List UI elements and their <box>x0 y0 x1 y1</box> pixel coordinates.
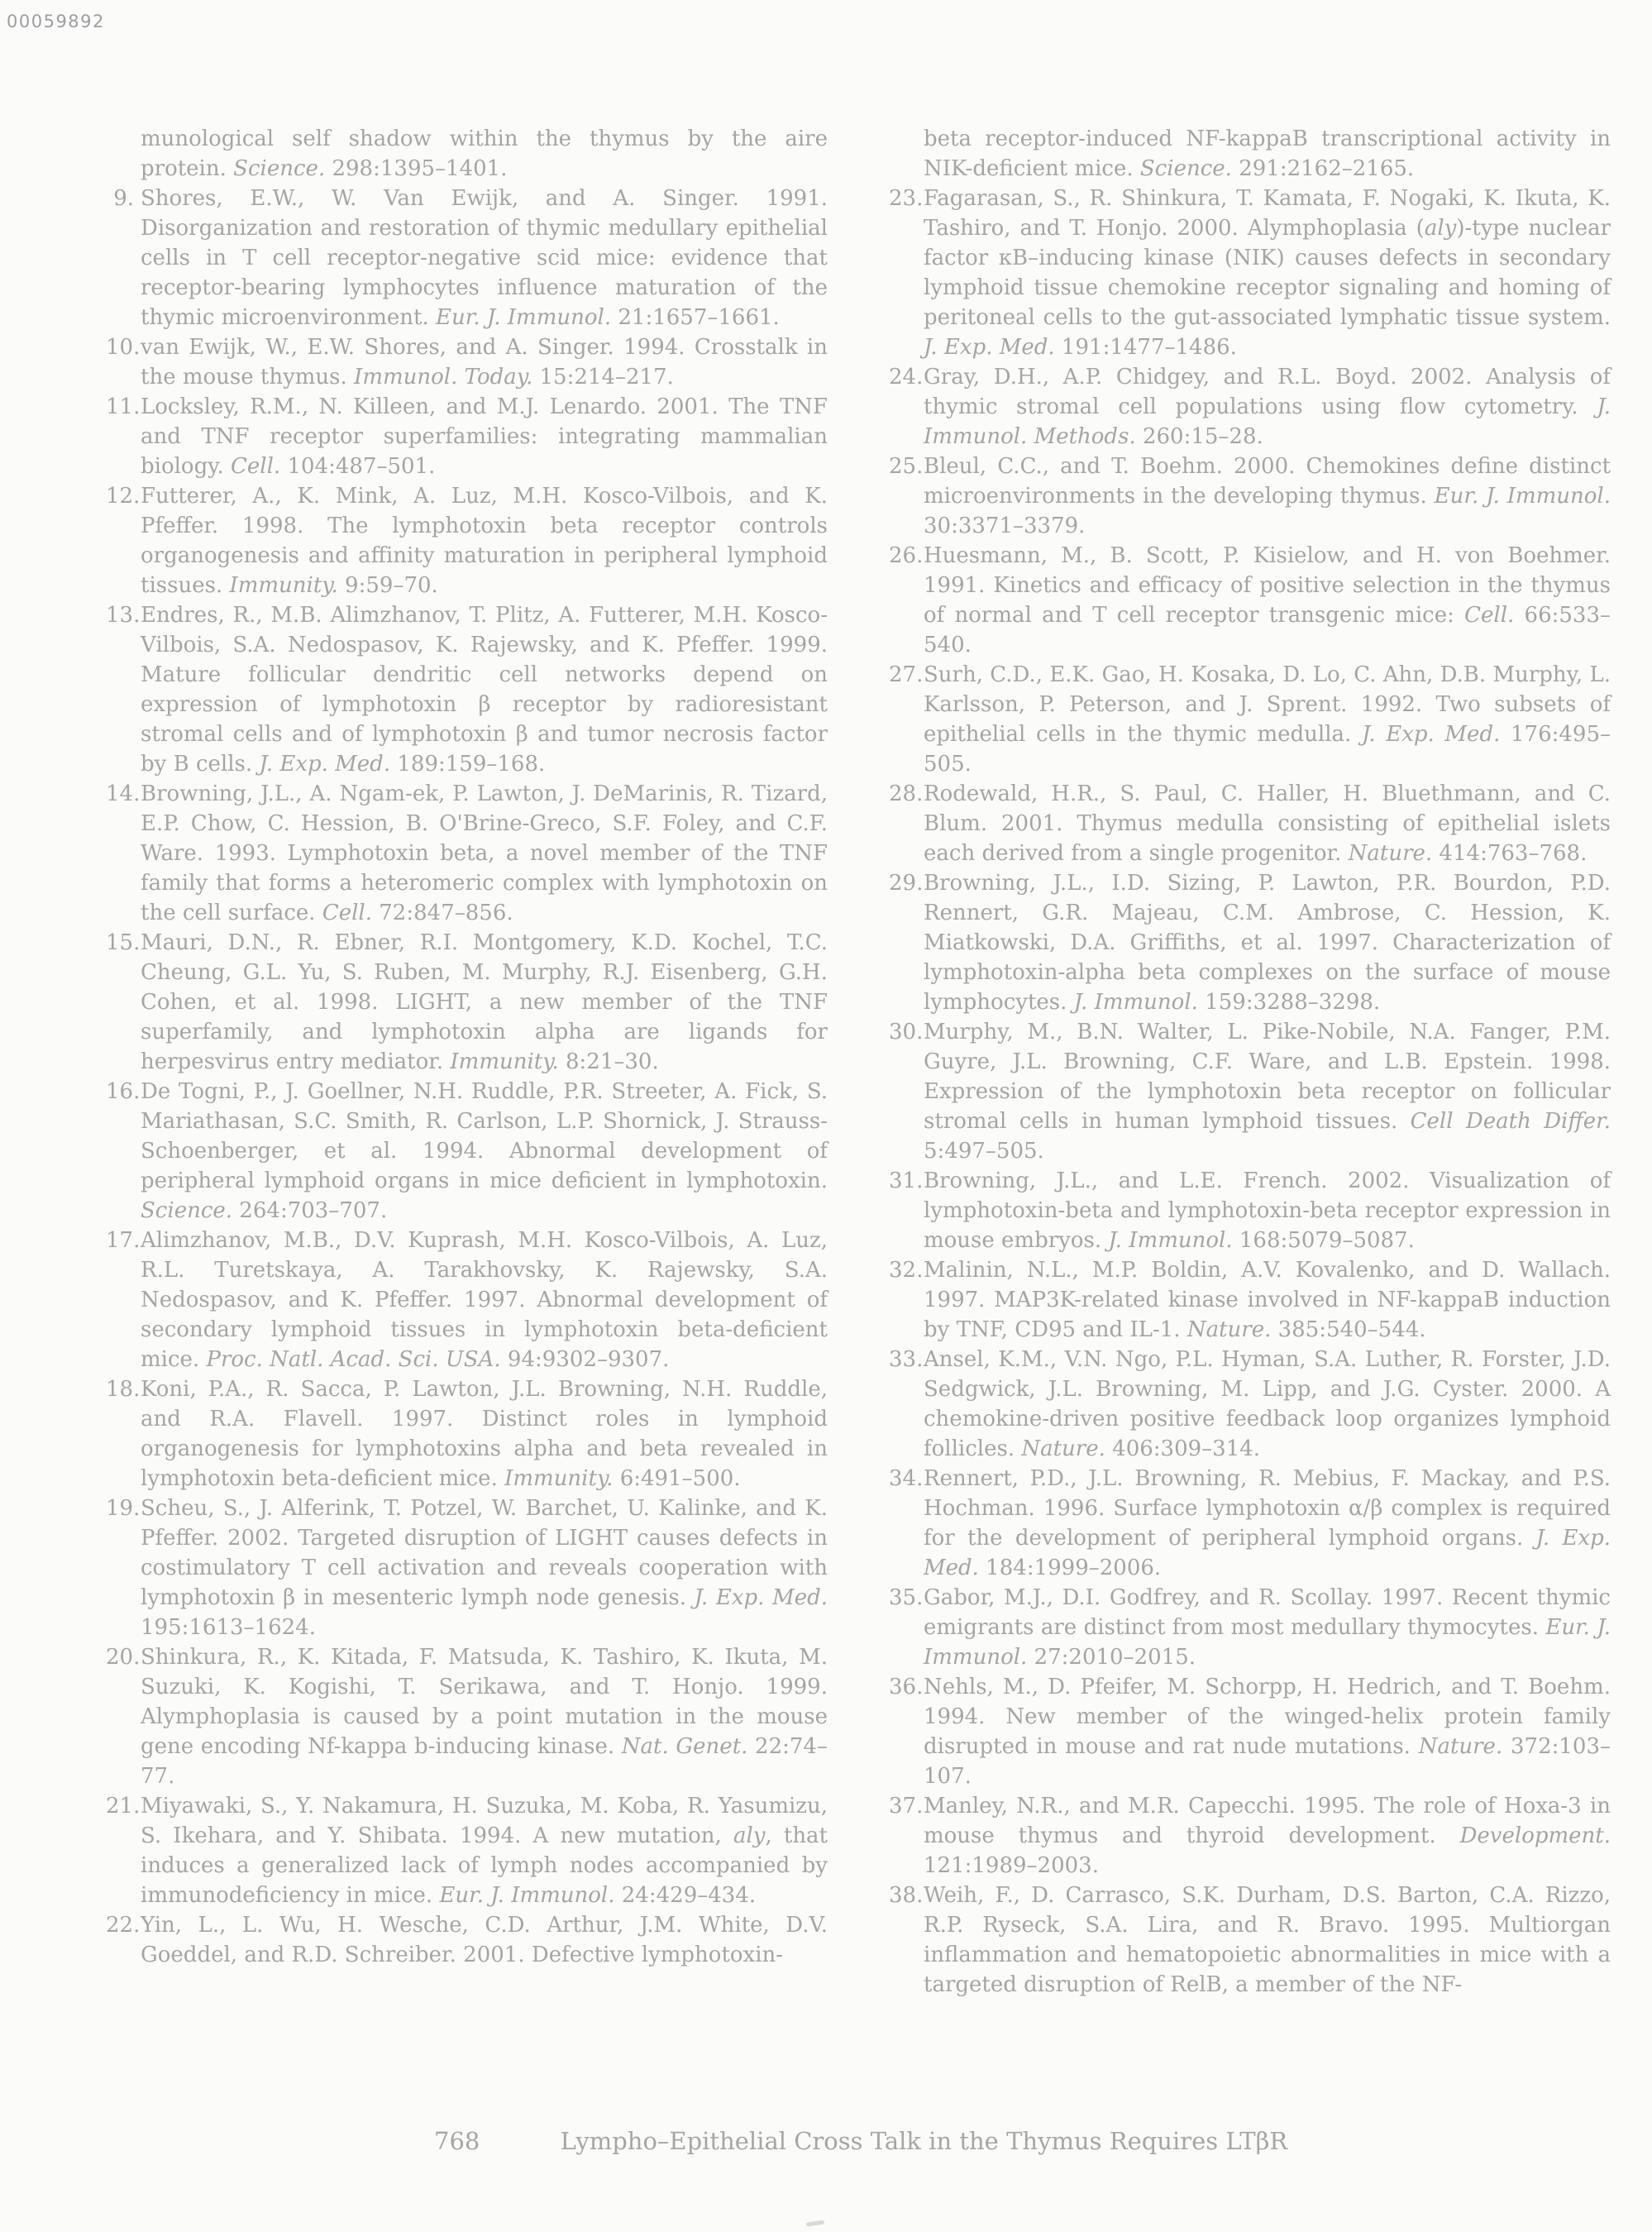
journal-name: Immunity. <box>504 1466 613 1491</box>
journal-name: Science. <box>1140 156 1232 181</box>
reference-text: 191:1477–1486. <box>1055 335 1237 360</box>
reference-number: 10. <box>106 332 134 362</box>
reference-number: 28. <box>889 779 917 809</box>
reference-text: 9:59–70. <box>338 573 438 598</box>
reference-number: 24. <box>889 362 917 392</box>
reference-entry: 20.Shinkura, R., K. Kitada, F. Matsuda, … <box>106 1642 828 1791</box>
reference-entry: 16.De Togni, P., J. Goellner, N.H. Ruddl… <box>106 1077 828 1226</box>
reference-text: 8:21–30. <box>559 1049 659 1074</box>
reference-number: 15. <box>106 928 134 958</box>
running-title: Lympho–Epithelial Cross Talk in the Thym… <box>561 2127 1288 2155</box>
reference-text: 15:214–217. <box>532 365 674 390</box>
reference-entry: 28.Rodewald, H.R., S. Paul, C. Haller, H… <box>889 779 1611 868</box>
journal-name: Cell. <box>1464 603 1514 628</box>
journal-name: aly <box>733 1823 766 1848</box>
reference-entry: 10.van Ewijk, W., E.W. Shores, and A. Si… <box>106 332 828 392</box>
reference-entry: 31.Browning, J.L., and L.E. French. 2002… <box>889 1166 1611 1255</box>
journal-name: Development. <box>1460 1823 1611 1848</box>
reference-number: 21. <box>106 1791 134 1821</box>
reference-text: Gray, D.H., A.P. Chidgey, and R.L. Boyd.… <box>924 365 1611 419</box>
reference-number: 31. <box>889 1166 917 1196</box>
reference-text: 264:703–707. <box>232 1198 387 1223</box>
reference-text: 406:309–314. <box>1105 1436 1260 1461</box>
journal-name: Eur. J. Immunol. <box>1435 484 1611 509</box>
reference-entry: 14.Browning, J.L., A. Ngam-ek, P. Lawton… <box>106 779 828 928</box>
reference-text: 21:1657–1661. <box>611 305 780 330</box>
reference-entry: 27.Surh, C.D., E.K. Gao, H. Kosaka, D. L… <box>889 660 1611 779</box>
reference-text: 72:847–856. <box>372 901 513 925</box>
reference-number: 37. <box>889 1791 917 1821</box>
reference-text: 385:540–544. <box>1271 1317 1425 1342</box>
reference-entry: 29.Browning, J.L., I.D. Sizing, P. Lawto… <box>889 868 1611 1017</box>
reference-number: 38. <box>889 1881 917 1910</box>
reference-number: 33. <box>889 1345 917 1374</box>
reference-number: 30. <box>889 1017 917 1047</box>
journal-name: Proc. Natl. Acad. Sci. USA. <box>206 1347 500 1372</box>
reference-number: 12. <box>106 481 134 511</box>
reference-text: 159:3288–3298. <box>1198 990 1380 1015</box>
reference-text: Weih, F., D. Carrasco, S.K. Durham, D.S.… <box>924 1883 1611 1997</box>
reference-number: 13. <box>106 600 134 630</box>
journal-name: aly <box>1425 216 1457 241</box>
reference-text: 24:429–434. <box>615 1883 757 1908</box>
references-list: munological self shadow within the thymu… <box>106 124 1611 2000</box>
references-column-right: beta receptor-induced NF-kappaB transcri… <box>889 124 1611 2000</box>
journal-page: 00059892 munological self shadow within … <box>0 0 1652 2232</box>
journal-name: J. Exp. Med. <box>1362 722 1500 747</box>
reference-number: 34. <box>889 1464 917 1494</box>
reference-number: 26. <box>889 541 917 571</box>
reference-entry: 11.Locksley, R.M., N. Killeen, and M.J. … <box>106 392 828 481</box>
scan-artifact <box>806 2220 824 2226</box>
reference-text: 260:15–28. <box>1136 424 1263 449</box>
journal-name: Nature. <box>1349 841 1433 866</box>
reference-entry: 26.Huesmann, M., B. Scott, P. Kisielow, … <box>889 541 1611 660</box>
reference-number: 27. <box>889 660 917 690</box>
reference-text: Gabor, M.J., D.I. Godfrey, and R. Scolla… <box>924 1585 1611 1640</box>
reference-entry: 34.Rennert, P.D., J.L. Browning, R. Mebi… <box>889 1464 1611 1583</box>
reference-text: De Togni, P., J. Goellner, N.H. Ruddle, … <box>141 1079 828 1193</box>
journal-name: Cell. <box>231 454 280 479</box>
page-number: 768 <box>434 2127 480 2155</box>
reference-text: 104:487–501. <box>280 454 435 479</box>
references-column-left: munological self shadow within the thymu… <box>106 124 828 2000</box>
journal-name: J. Exp. Med. <box>259 752 390 777</box>
reference-text: Rennert, P.D., J.L. Browning, R. Mebius,… <box>924 1466 1611 1551</box>
reference-entry: 30.Murphy, M., B.N. Walter, L. Pike-Nobi… <box>889 1017 1611 1166</box>
journal-name: Cell. <box>322 901 372 925</box>
journal-name: Immunity. <box>450 1049 558 1074</box>
reference-entry: 19.Scheu, S., J. Alferink, T. Potzel, W.… <box>106 1494 828 1642</box>
reference-text: 195:1613–1624. <box>141 1615 316 1640</box>
reference-entry: 18.Koni, P.A., R. Sacca, P. Lawton, J.L.… <box>106 1374 828 1494</box>
reference-text: 189:159–168. <box>390 752 545 777</box>
reference-text: 6:491–500. <box>613 1466 740 1491</box>
reference-text: 184:1999–2006. <box>979 1556 1161 1580</box>
journal-name: Nature. <box>1021 1436 1105 1461</box>
journal-name: Science. <box>141 1198 232 1223</box>
reference-text: 121:1989–2003. <box>924 1853 1099 1878</box>
reference-text: 298:1395–1401. <box>325 156 507 181</box>
journal-name: J. Immunol. <box>1074 990 1198 1015</box>
reference-number: 23. <box>889 184 917 213</box>
reference-entry: 12.Futterer, A., K. Mink, A. Luz, M.H. K… <box>106 481 828 600</box>
reference-number: 35. <box>889 1583 917 1613</box>
reference-number: 20. <box>106 1642 134 1672</box>
reference-text: 291:2162–2165. <box>1232 156 1414 181</box>
reference-text: Endres, R., M.B. Alimzhanov, T. Plitz, A… <box>141 603 828 777</box>
reference-text: 94:9302–9307. <box>501 1347 670 1372</box>
reference-entry: 35.Gabor, M.J., D.I. Godfrey, and R. Sco… <box>889 1583 1611 1672</box>
reference-text: Yin, L., L. Wu, H. Wesche, C.D. Arthur, … <box>141 1913 828 1967</box>
reference-entry: 13.Endres, R., M.B. Alimzhanov, T. Plitz… <box>106 600 828 779</box>
reference-number: 29. <box>889 868 917 898</box>
reference-number: 25. <box>889 452 917 481</box>
page-footer: 768 Lympho–Epithelial Cross Talk in the … <box>0 2127 1652 2155</box>
reference-text: 168:5079–5087. <box>1233 1228 1415 1253</box>
journal-name: Nature. <box>1187 1317 1272 1342</box>
reference-entry: 23.Fagarasan, S., R. Shinkura, T. Kamata… <box>889 184 1611 362</box>
reference-text: 27:2010–2015. <box>1027 1645 1196 1670</box>
reference-number: 19. <box>106 1494 134 1523</box>
reference-number: 18. <box>106 1374 134 1404</box>
reference-number: 36. <box>889 1672 917 1702</box>
reference-number: 16. <box>106 1077 134 1106</box>
reference-number: 17. <box>106 1226 134 1255</box>
reference-number: 32. <box>889 1255 917 1285</box>
journal-name: J. Exp. Med. <box>695 1585 828 1610</box>
reference-entry: 33.Ansel, K.M., V.N. Ngo, P.L. Hyman, S.… <box>889 1345 1611 1464</box>
journal-name: Immunol. Today. <box>354 365 532 390</box>
reference-text: 5:497–505. <box>924 1139 1044 1164</box>
reference-number: 14. <box>106 779 134 809</box>
journal-name: Science. <box>233 156 325 181</box>
journal-name: Eur. J. Immunol. <box>436 305 611 330</box>
journal-name: Immunity. <box>229 573 337 598</box>
reference-number: 11. <box>106 392 134 422</box>
reference-entry: 25.Bleul, C.C., and T. Boehm. 2000. Chem… <box>889 452 1611 541</box>
reference-entry: 37.Manley, N.R., and M.R. Capecchi. 1995… <box>889 1791 1611 1881</box>
reference-entry: 17.Alimzhanov, M.B., D.V. Kuprash, M.H. … <box>106 1226 828 1374</box>
reference-entry: 38.Weih, F., D. Carrasco, S.K. Durham, D… <box>889 1881 1611 2000</box>
scan-number: 00059892 <box>7 12 105 31</box>
reference-text: 414:763–768. <box>1432 841 1587 866</box>
reference-entry: 9.Shores, E.W., W. Van Ewijk, and A. Sin… <box>106 184 828 332</box>
journal-name: Nature. <box>1419 1734 1503 1759</box>
reference-number: 22. <box>106 1910 134 1940</box>
journal-name: Cell Death Differ. <box>1411 1109 1611 1134</box>
reference-entry: 21.Miyawaki, S., Y. Nakamura, H. Suzuka,… <box>106 1791 828 1910</box>
journal-name: Nat. Genet. <box>622 1734 748 1759</box>
reference-entry: 32.Malinin, N.L., M.P. Boldin, A.V. Kova… <box>889 1255 1611 1345</box>
journal-name: Eur. J. Immunol. <box>439 1883 614 1908</box>
reference-entry: 15.Mauri, D.N., R. Ebner, R.I. Montgomer… <box>106 928 828 1077</box>
reference-entry: 24.Gray, D.H., A.P. Chidgey, and R.L. Bo… <box>889 362 1611 452</box>
reference-entry: 36.Nehls, M., D. Pfeifer, M. Schorpp, H.… <box>889 1672 1611 1791</box>
journal-name: J. Immunol. <box>1108 1228 1232 1253</box>
reference-continuation: beta receptor-induced NF-kappaB transcri… <box>889 124 1611 184</box>
reference-continuation: munological self shadow within the thymu… <box>106 124 828 184</box>
reference-entry: 22.Yin, L., L. Wu, H. Wesche, C.D. Arthu… <box>106 1910 828 1970</box>
journal-name: J. Exp. Med. <box>924 335 1055 360</box>
reference-text: Miyawaki, S., Y. Nakamura, H. Suzuka, M.… <box>141 1794 828 1848</box>
reference-number: 9. <box>106 184 134 213</box>
reference-text: 30:3371–3379. <box>924 514 1085 538</box>
